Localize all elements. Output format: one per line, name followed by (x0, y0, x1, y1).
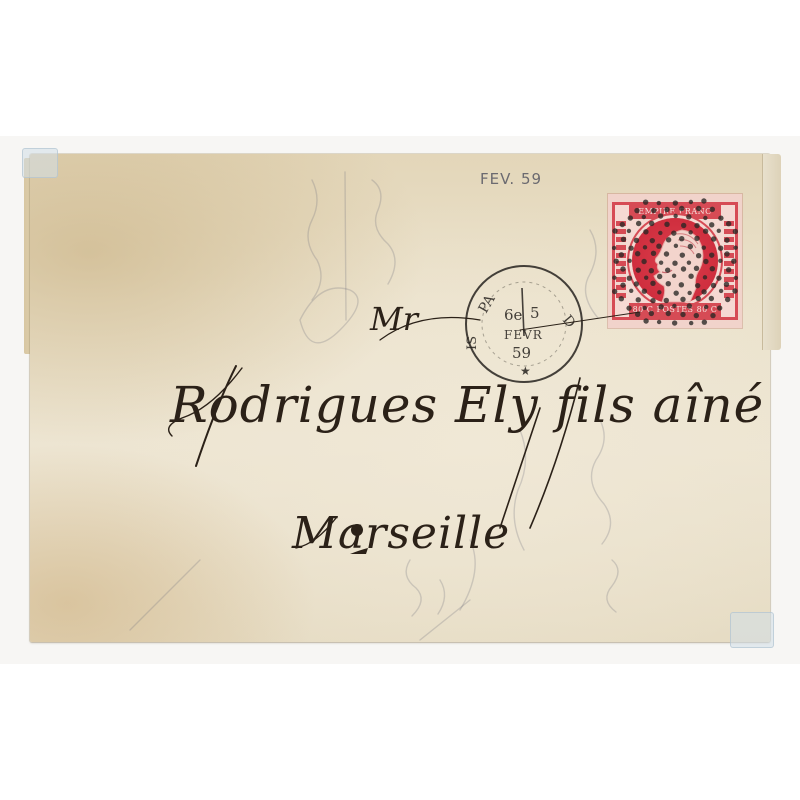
address-city: Marseille (292, 508, 510, 559)
photo-stage: FEV. 59 EMPIRE FRANC 80 C POSTES 80 C (0, 0, 800, 800)
stamp-frame: EMPIRE FRANC 80 C POSTES 80 C (612, 202, 738, 320)
pencil-date-annotation: FEV. 59 (480, 170, 542, 188)
corner-mount-top-left (22, 148, 58, 178)
folded-flap-right (762, 154, 781, 350)
stamp-border-left (616, 221, 626, 301)
address-salutation: Mr (370, 300, 418, 338)
portrait-icon (632, 218, 718, 304)
stamp-bottom-label: 80 C POSTES 80 C (629, 303, 721, 317)
corner-mount-bottom-right (730, 612, 774, 648)
stamp-border-right (724, 221, 734, 301)
postage-stamp: EMPIRE FRANC 80 C POSTES 80 C (608, 194, 742, 328)
address-addressee: Rodrigues Ely fils aîné (170, 376, 764, 434)
stamp-top-label: EMPIRE FRANC (629, 205, 721, 219)
stamp-medallion (632, 218, 718, 304)
